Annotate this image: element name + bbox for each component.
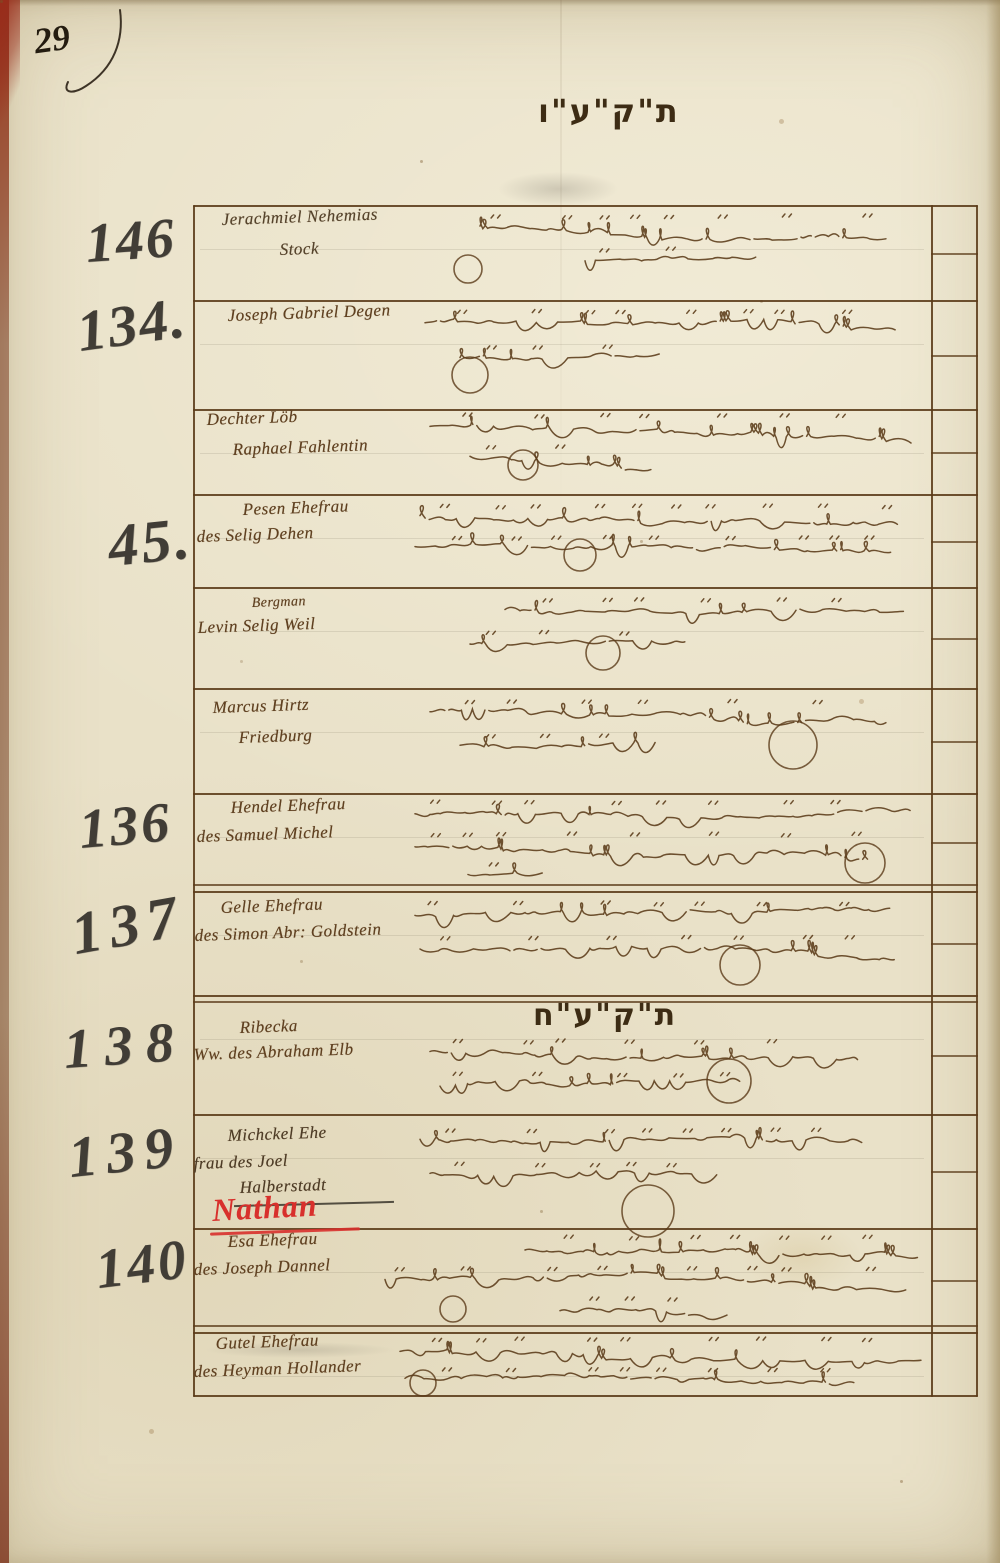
table-rule-horizontal: [193, 995, 978, 997]
row-guide-line: [200, 1158, 924, 1159]
flourish-loop: [437, 1293, 469, 1325]
margin-number: 140: [92, 1227, 192, 1302]
table-rule-horizontal: [193, 587, 978, 589]
ledger-page-scan: 29 ת"ק"ע"ו 146Jerachmiel NehemiasStock13…: [0, 0, 1000, 1563]
hebrew-script-line: [440, 1071, 740, 1099]
name-line: Ww. des Abraham Elb: [193, 1039, 354, 1065]
margin-column-rule: [931, 842, 978, 844]
margin-number: 137: [66, 881, 190, 969]
flourish-loop: [407, 1367, 439, 1399]
hebrew-script-line: [585, 246, 735, 274]
name-line: Stock: [279, 239, 319, 260]
margin-column-rule: [931, 452, 978, 454]
name-line: Marcus Hirtz: [212, 695, 309, 718]
margin-number: 134.: [73, 283, 191, 365]
flourish-loop: [505, 447, 541, 483]
hebrew-script-line: [468, 860, 538, 888]
table-rule-vertical: [931, 205, 933, 1397]
flourish-loop: [449, 354, 491, 396]
table-rule-vertical: [193, 205, 195, 1397]
name-line: Ribecka: [239, 1016, 298, 1038]
flourish-loop: [842, 840, 888, 886]
registry-table: 146Jerachmiel NehemiasStock134.Joseph Ga…: [0, 0, 1000, 1563]
table-rule-horizontal: [193, 891, 978, 893]
name-line: Hendel Ehefrau: [230, 794, 346, 818]
hebrew-script-line: [430, 698, 900, 726]
hebrew-script-line: [385, 1265, 905, 1293]
hebrew-script-line: [460, 733, 650, 761]
name-line: Levin Selig Weil: [197, 614, 315, 638]
flourish-loop: [619, 1182, 677, 1240]
flourish-loop: [561, 536, 599, 574]
hebrew-script-line: [420, 1127, 860, 1155]
flourish-loop: [766, 718, 820, 772]
margin-column-rule: [931, 1055, 978, 1057]
hebrew-script-line: [415, 799, 905, 827]
hebrew-script-line: [560, 1295, 710, 1323]
hebrew-script-line: [505, 596, 905, 624]
name-line: Friedburg: [238, 725, 312, 748]
flourish-loop: [704, 1056, 754, 1106]
margin-column-rule: [931, 741, 978, 743]
margin-column-rule: [931, 1171, 978, 1173]
name-line: Joseph Gabriel Degen: [227, 300, 391, 326]
hebrew-script-line: [480, 213, 900, 241]
red-annotation: Nathan: [211, 1187, 318, 1229]
name-line: Jerachmiel Nehemias: [221, 205, 378, 230]
hebrew-script-line: [400, 1336, 900, 1364]
hebrew-script-line: [405, 1366, 865, 1394]
margin-column-rule: [931, 355, 978, 357]
hebrew-script-line: [415, 900, 895, 928]
name-line: Gelle Ehefrau: [220, 894, 323, 918]
margin-number: 136: [76, 790, 174, 862]
name-line: des Simon Abr: Goldstein: [194, 919, 381, 946]
margin-number: 138: [62, 1010, 189, 1082]
name-line: Michckel Ehe: [227, 1123, 327, 1146]
table-rule-horizontal: [193, 300, 978, 302]
margin-column-rule: [931, 943, 978, 945]
flourish-loop: [451, 252, 485, 286]
table-rule-horizontal: [193, 494, 978, 496]
name-line: des Joseph Dannel: [193, 1255, 331, 1280]
name-line: Raphael Fahlentin: [232, 435, 368, 460]
hebrew-script-line: [420, 934, 900, 962]
name-line: des Selig Dehen: [196, 523, 314, 547]
table-rule-horizontal: [193, 688, 978, 690]
name-line: Esa Ehefrau: [227, 1229, 318, 1252]
flourish-loop: [717, 942, 763, 988]
table-rule-horizontal: [193, 1395, 978, 1397]
table-rule-vertical: [976, 205, 978, 1397]
hebrew-script-line: [430, 1038, 850, 1066]
name-line: Pesen Ehefrau: [242, 496, 349, 520]
name-line: frau des Joel: [193, 1151, 288, 1174]
hebrew-script-line: [470, 629, 680, 657]
margin-column-rule: [931, 638, 978, 640]
hebrew-script-line: [415, 831, 875, 859]
margin-column-rule: [931, 541, 978, 543]
year-heading-mid: ת"ק"ע"ח: [533, 998, 677, 1033]
hebrew-script-line: [425, 308, 905, 336]
hebrew-script-line: [415, 534, 905, 562]
margin-column-rule: [931, 253, 978, 255]
margin-number: 139: [65, 1112, 185, 1191]
margin-number: 146: [84, 206, 178, 276]
margin-column-rule: [931, 1280, 978, 1282]
name-line: Dechter Löb: [206, 407, 298, 430]
hebrew-script-line: [430, 412, 900, 440]
hebrew-script-line: [420, 503, 905, 531]
flourish-loop: [583, 633, 623, 673]
table-rule-horizontal: [193, 409, 978, 411]
name-line: Gutel Ehefrau: [215, 1330, 319, 1354]
margin-number: 45.: [105, 504, 196, 581]
hebrew-script-line: [525, 1234, 915, 1262]
table-rule-horizontal: [193, 1114, 978, 1116]
name-line: des Samuel Michel: [196, 822, 334, 847]
name-line: Bergman: [251, 594, 306, 612]
hebrew-script-line: [470, 444, 640, 472]
name-line: des Heyman Hollander: [193, 1356, 361, 1382]
table-rule-horizontal: [193, 1325, 978, 1327]
